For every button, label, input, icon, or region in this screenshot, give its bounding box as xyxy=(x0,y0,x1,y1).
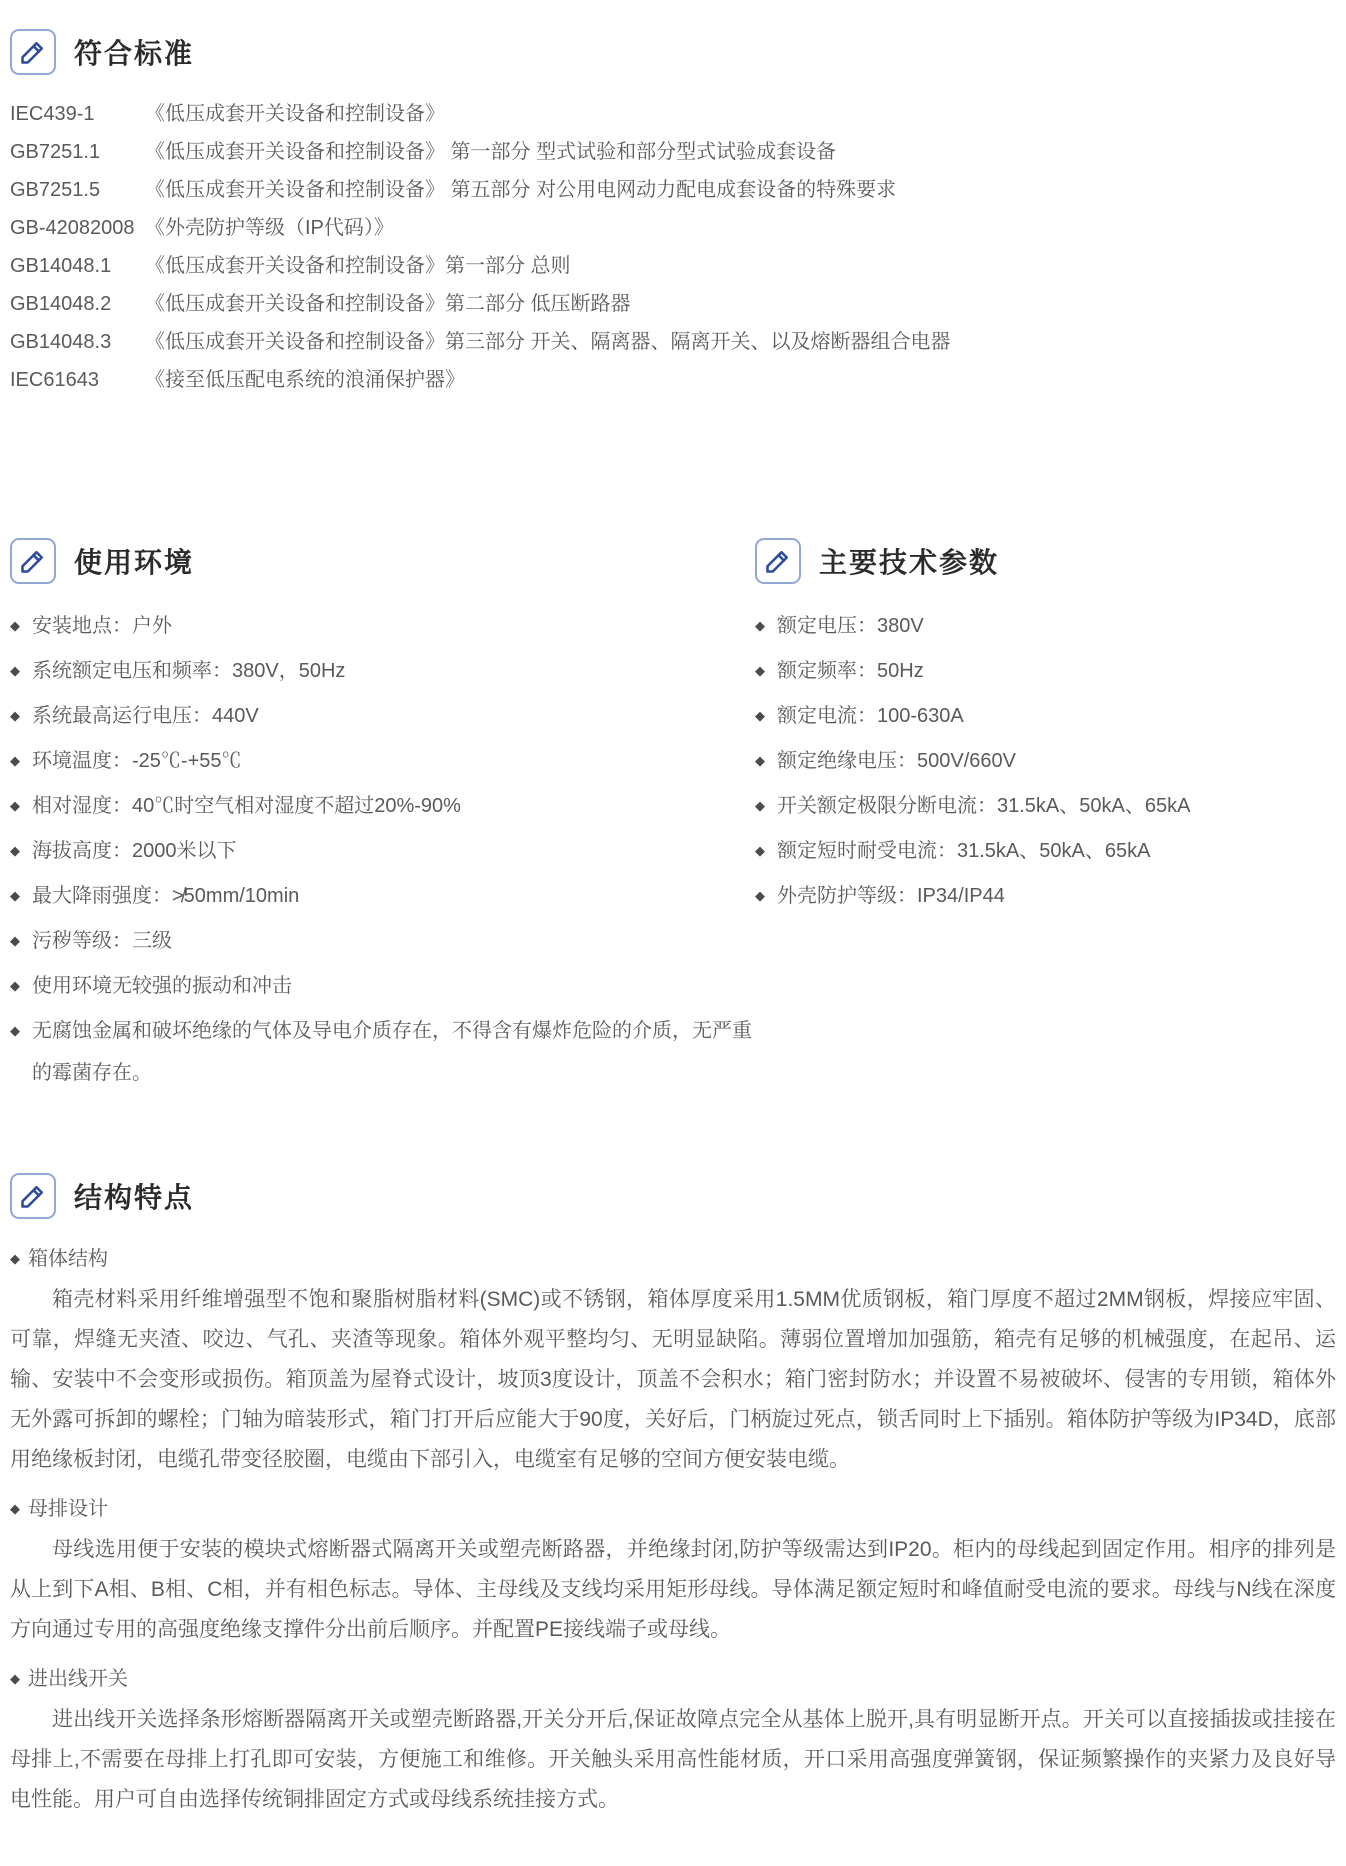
diamond-bullet-icon: ◆ xyxy=(10,740,20,782)
standard-row: GB7251.1 《低压成套开关设备和控制设备》 第一部分 型式试验和部分型式试… xyxy=(10,140,1336,164)
standard-row: GB14048.1 《低压成套开关设备和控制设备》第一部分 总则 xyxy=(10,254,1336,278)
list-item: ◆污秽等级：三级 xyxy=(10,920,755,962)
block-heading-text: 母排设计 xyxy=(28,1498,108,1520)
standard-row: IEC61643 《接至低压配电系统的浪涌保护器》 xyxy=(10,368,1336,392)
list-item: ◆开关额定极限分断电流：31.5kA、50kA、65kA xyxy=(755,785,1336,827)
list-item: ◆环境温度：-25℃-+55℃ xyxy=(10,740,755,782)
standard-code: GB7251.5 xyxy=(10,178,145,202)
block-heading: ◆箱体结构 xyxy=(10,1244,1336,1274)
list-item: ◆使用环境无较强的振动和冲击 xyxy=(10,965,755,1007)
standard-code: GB14048.2 xyxy=(10,292,145,316)
list-item-text: 污秽等级：三级 xyxy=(32,930,172,952)
list-item-text: 系统额定电压和频率：380V，50Hz xyxy=(32,660,345,682)
list-item: ◆系统最高运行电压：440V xyxy=(10,695,755,737)
list-item-text: 安装地点：户外 xyxy=(32,615,172,637)
diamond-bullet-icon: ◆ xyxy=(755,740,765,782)
standard-row: GB14048.2 《低压成套开关设备和控制设备》第二部分 低压断路器 xyxy=(10,292,1336,316)
diamond-bullet-icon: ◆ xyxy=(10,695,20,737)
diamond-bullet-icon: ◆ xyxy=(10,920,20,962)
list-item: ◆外壳防护等级：IP34/IP44 xyxy=(755,875,1336,917)
block-paragraph: 母线选用便于安装的模块式熔断器式隔离开关或塑壳断路器，并绝缘封闭,防护等级需达到… xyxy=(10,1530,1336,1650)
list-item: ◆最大降雨强度：≯50mm/10min xyxy=(10,875,755,917)
list-item-text: 额定电压：380V xyxy=(777,615,924,637)
standard-desc: 《接至低压配电系统的浪涌保护器》 xyxy=(145,368,1336,392)
parameters-section-header: 主要技术参数 xyxy=(755,537,1336,585)
block-paragraph: 箱壳材料采用纤维增强型不饱和聚脂树脂材料(SMC)或不锈钢，箱体厚度采用1.5M… xyxy=(10,1280,1336,1480)
section-title-environment: 使用环境 xyxy=(74,541,194,581)
diamond-bullet-icon: ◆ xyxy=(10,1664,20,1694)
list-item: ◆额定电流：100-630A xyxy=(755,695,1336,737)
list-item-text: 额定电流：100-630A xyxy=(777,705,964,727)
standard-code: GB-42082008 xyxy=(10,216,145,240)
list-item-text: 使用环境无较强的振动和冲击 xyxy=(32,975,292,997)
standard-desc: 《外壳防护等级（IP代码）》 xyxy=(145,216,1336,240)
diamond-bullet-icon: ◆ xyxy=(755,875,765,917)
list-item-text: 海拔高度：2000米以下 xyxy=(32,840,237,862)
standard-code: GB14048.1 xyxy=(10,254,145,278)
standards-section-header: 符合标准 xyxy=(10,28,1336,76)
standard-code: GB14048.3 xyxy=(10,330,145,354)
pencil-icon xyxy=(10,1173,56,1219)
standard-row: GB-42082008 《外壳防护等级（IP代码）》 xyxy=(10,216,1336,240)
list-item: ◆额定短时耐受电流：31.5kA、50kA、65kA xyxy=(755,830,1336,872)
diamond-bullet-icon: ◆ xyxy=(10,1010,20,1052)
list-item-text: 外壳防护等级：IP34/IP44 xyxy=(777,885,1005,907)
section-title-structure: 结构特点 xyxy=(74,1176,194,1216)
diamond-bullet-icon: ◆ xyxy=(755,830,765,872)
environment-section-header: 使用环境 xyxy=(10,537,755,585)
list-item-text: 相对湿度：40℃时空气相对湿度不超过20%-90% xyxy=(32,795,461,817)
list-item: ◆额定频率：50Hz xyxy=(755,650,1336,692)
block-heading: ◆母排设计 xyxy=(10,1494,1336,1524)
list-item-text: 额定频率：50Hz xyxy=(777,660,924,682)
diamond-bullet-icon: ◆ xyxy=(755,785,765,827)
structure-block-busbar: ◆母排设计 母线选用便于安装的模块式熔断器式隔离开关或塑壳断路器，并绝缘封闭,防… xyxy=(10,1494,1336,1650)
standard-code: IEC439-1 xyxy=(10,102,145,126)
list-item-text: 系统最高运行电压：440V xyxy=(32,705,259,727)
standard-code: GB7251.1 xyxy=(10,140,145,164)
diamond-bullet-icon: ◆ xyxy=(10,605,20,647)
diamond-bullet-icon: ◆ xyxy=(10,965,20,1007)
section-title-parameters: 主要技术参数 xyxy=(819,541,999,581)
parameters-list: ◆额定电压：380V ◆额定频率：50Hz ◆额定电流：100-630A ◆额定… xyxy=(755,605,1336,917)
block-heading-text: 进出线开关 xyxy=(28,1668,128,1690)
standard-code: IEC61643 xyxy=(10,368,145,392)
list-item: ◆无腐蚀金属和破坏绝缘的气体及导电介质存在，不得含有爆炸危险的介质，无严重的霉菌… xyxy=(10,1010,755,1094)
diamond-bullet-icon: ◆ xyxy=(10,830,20,872)
environment-list: ◆安装地点：户外 ◆系统额定电压和频率：380V，50Hz ◆系统最高运行电压：… xyxy=(10,605,755,1094)
structure-section-header: 结构特点 xyxy=(10,1172,1336,1220)
diamond-bullet-icon: ◆ xyxy=(755,695,765,737)
diamond-bullet-icon: ◆ xyxy=(10,785,20,827)
list-item: ◆额定绝缘电压：500V/660V xyxy=(755,740,1336,782)
list-item-text: 额定短时耐受电流：31.5kA、50kA、65kA xyxy=(777,840,1150,862)
standard-row: GB14048.3 《低压成套开关设备和控制设备》第三部分 开关、隔离器、隔离开… xyxy=(10,330,1336,354)
pencil-icon xyxy=(10,538,56,584)
list-item: ◆海拔高度：2000米以下 xyxy=(10,830,755,872)
list-item: ◆系统额定电压和频率：380V，50Hz xyxy=(10,650,755,692)
block-heading: ◆进出线开关 xyxy=(10,1664,1336,1694)
standard-desc: 《低压成套开关设备和控制设备》第二部分 低压断路器 xyxy=(145,292,1336,316)
list-item: ◆相对湿度：40℃时空气相对湿度不超过20%-90% xyxy=(10,785,755,827)
list-item-text: 环境温度：-25℃-+55℃ xyxy=(32,750,242,772)
list-item-text: 额定绝缘电压：500V/660V xyxy=(777,750,1016,772)
structure-section: 结构特点 ◆箱体结构 箱壳材料采用纤维增强型不饱和聚脂树脂材料(SMC)或不锈钢… xyxy=(10,1172,1336,1820)
structure-block-switch: ◆进出线开关 进出线开关选择条形熔断器隔离开关或塑壳断路器,开关分开后,保证故障… xyxy=(10,1664,1336,1820)
structure-block-cabinet: ◆箱体结构 箱壳材料采用纤维增强型不饱和聚脂树脂材料(SMC)或不锈钢，箱体厚度… xyxy=(10,1244,1336,1480)
block-paragraph: 进出线开关选择条形熔断器隔离开关或塑壳断路器,开关分开后,保证故障点完全从基体上… xyxy=(10,1700,1336,1820)
list-item-text: 最大降雨强度：≯50mm/10min xyxy=(32,885,299,907)
two-column-section: 使用环境 ◆安装地点：户外 ◆系统额定电压和频率：380V，50Hz ◆系统最高… xyxy=(10,537,1336,1097)
list-item: ◆安装地点：户外 xyxy=(10,605,755,647)
standard-desc: 《低压成套开关设备和控制设备》 第五部分 对公用电网动力配电成套设备的特殊要求 xyxy=(145,178,1336,202)
diamond-bullet-icon: ◆ xyxy=(10,875,20,917)
list-item-text: 开关额定极限分断电流：31.5kA、50kA、65kA xyxy=(777,795,1190,817)
block-heading-text: 箱体结构 xyxy=(28,1248,108,1270)
section-title-standards: 符合标准 xyxy=(74,32,194,72)
standard-desc: 《低压成套开关设备和控制设备》 xyxy=(145,102,1336,126)
environment-column: 使用环境 ◆安装地点：户外 ◆系统额定电压和频率：380V，50Hz ◆系统最高… xyxy=(10,537,755,1097)
pencil-icon xyxy=(10,29,56,75)
standard-row: IEC439-1 《低压成套开关设备和控制设备》 xyxy=(10,102,1336,126)
list-item-text: 无腐蚀金属和破坏绝缘的气体及导电介质存在，不得含有爆炸危险的介质，无严重的霉菌存… xyxy=(32,1020,752,1084)
standard-desc: 《低压成套开关设备和控制设备》第三部分 开关、隔离器、隔离开关、以及熔断器组合电… xyxy=(145,330,1336,354)
diamond-bullet-icon: ◆ xyxy=(755,650,765,692)
list-item: ◆额定电压：380V xyxy=(755,605,1336,647)
standard-desc: 《低压成套开关设备和控制设备》 第一部分 型式试验和部分型式试验成套设备 xyxy=(145,140,1336,164)
diamond-bullet-icon: ◆ xyxy=(10,1494,20,1524)
diamond-bullet-icon: ◆ xyxy=(10,650,20,692)
standards-list: IEC439-1 《低压成套开关设备和控制设备》 GB7251.1 《低压成套开… xyxy=(10,102,1336,392)
document-page: 符合标准 IEC439-1 《低压成套开关设备和控制设备》 GB7251.1 《… xyxy=(0,0,1346,1866)
standard-desc: 《低压成套开关设备和控制设备》第一部分 总则 xyxy=(145,254,1336,278)
parameters-column: 主要技术参数 ◆额定电压：380V ◆额定频率：50Hz ◆额定电流：100-6… xyxy=(755,537,1336,1097)
pencil-icon xyxy=(755,538,801,584)
standard-row: GB7251.5 《低压成套开关设备和控制设备》 第五部分 对公用电网动力配电成… xyxy=(10,178,1336,202)
diamond-bullet-icon: ◆ xyxy=(755,605,765,647)
diamond-bullet-icon: ◆ xyxy=(10,1244,20,1274)
